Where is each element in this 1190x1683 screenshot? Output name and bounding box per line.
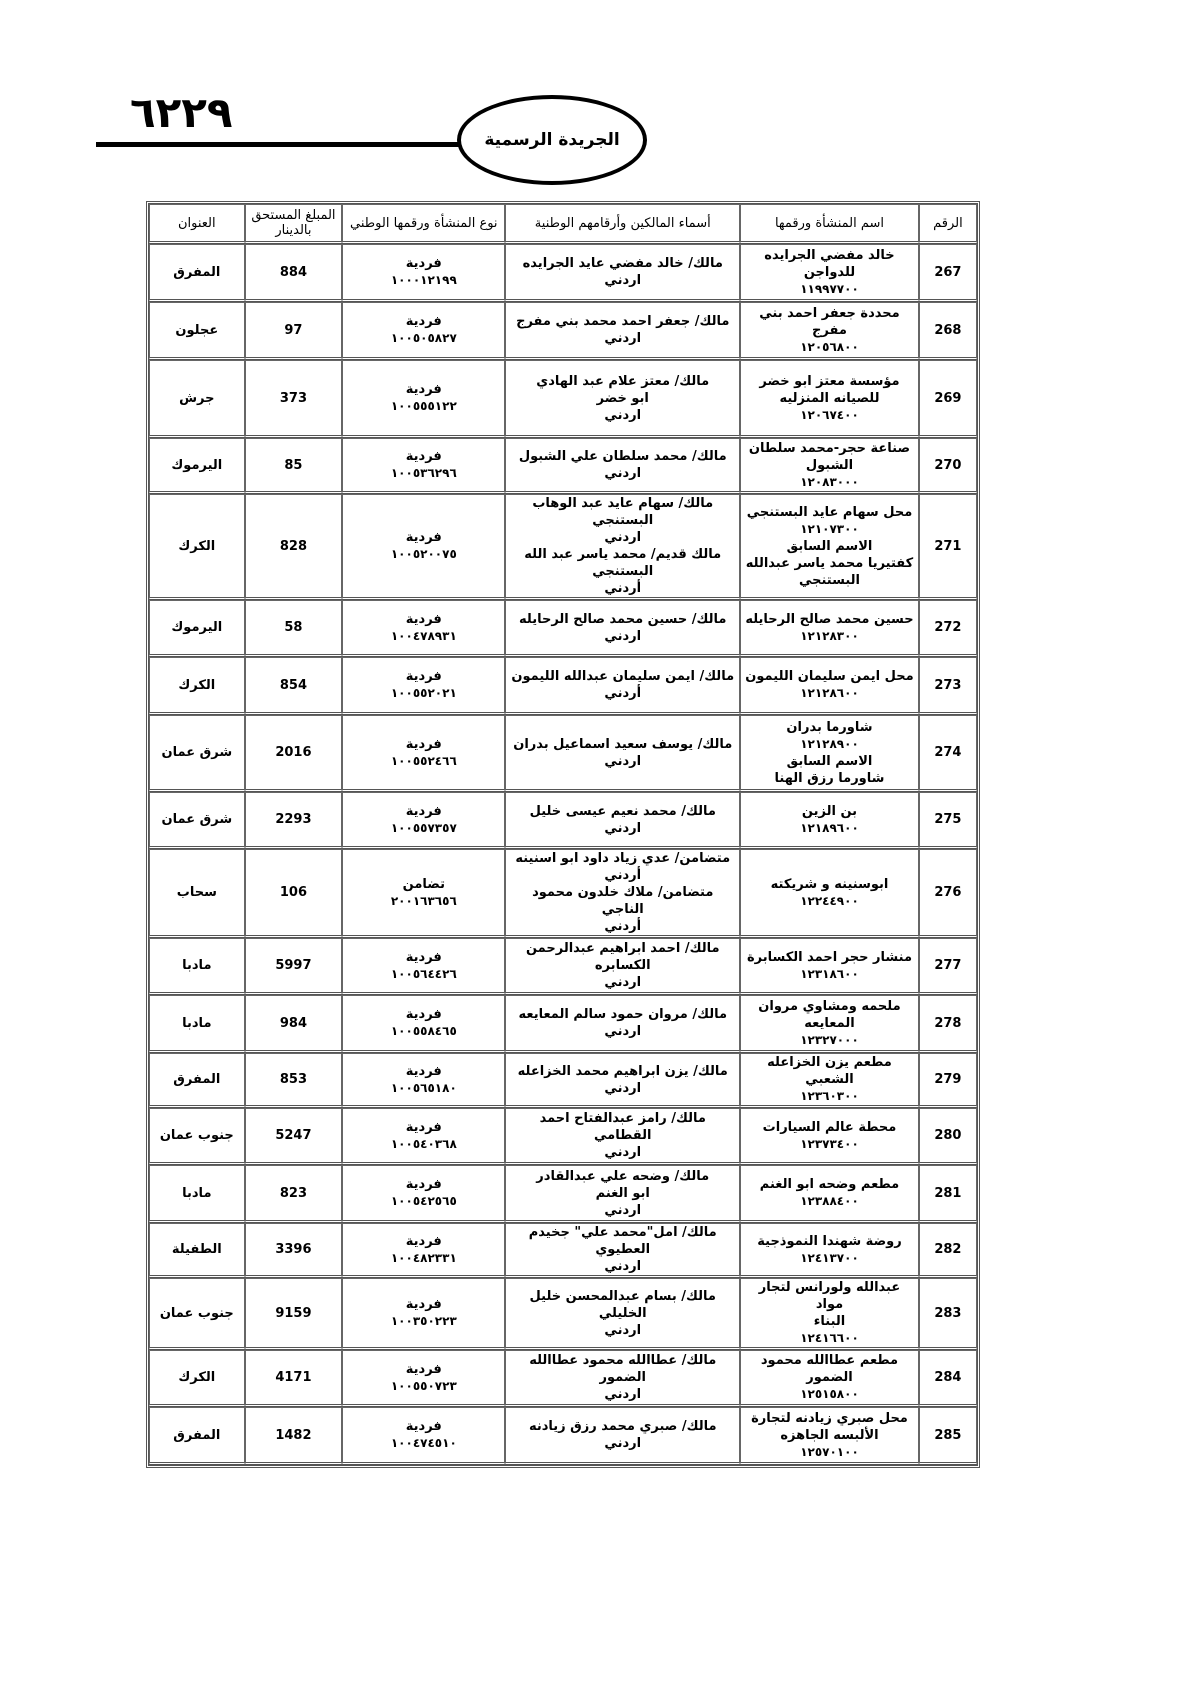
address-cell: شرق عمان [149, 715, 245, 792]
type-cell: فردية١٠٠٣٥٠٢٢٣ [342, 1278, 505, 1350]
establishment-cell-line: ١٢٤١٦٦٠٠ [745, 1330, 914, 1347]
type-cell-line: فردية [347, 255, 500, 272]
row-number: 283 [919, 1278, 977, 1350]
establishment-cell-line: عبدالله ولورانس لتجار مواد [745, 1279, 914, 1313]
establishment-cell-line: شاورما بدران [745, 719, 914, 736]
amount-cell: 853 [245, 1053, 343, 1108]
type-cell: فردية١٠٠٥٥٢٤٦٦ [342, 715, 505, 792]
type-cell: فردية١٠٠٥٥٨٤٦٥ [342, 995, 505, 1053]
owners-cell-line: مالك/ رامز عبدالفتاح احمد القطامي [510, 1110, 735, 1144]
owners-cell-line: اردني [510, 407, 735, 424]
type-cell-line: فردية [347, 1119, 500, 1136]
establishment-cell-line: روضة شهندا النموذجية [745, 1233, 914, 1250]
table-row: 280محطة عالم السيارات١٢٣٧٣٤٠٠مالك/ رامز … [149, 1108, 977, 1165]
row-number: 271 [919, 494, 977, 600]
type-cell-line: فردية [347, 1361, 500, 1378]
owners-cell-line: اردني [510, 465, 735, 482]
establishment-cell-line: ١٢٢٤٤٩٠٠ [745, 893, 914, 910]
address-cell: مادبا [149, 1165, 245, 1223]
establishment-cell-line: مطعم عطاالله محمود الضمور [745, 1352, 914, 1386]
type-cell-line: ٢٠٠١٦٣٦٥٦ [347, 893, 500, 910]
owners-cell-line: اردني [510, 820, 735, 837]
type-cell-line: تضامن [347, 876, 500, 893]
address-cell: جنوب عمان [149, 1278, 245, 1350]
establishment-cell-line: ١٢١٢٨٦٠٠ [745, 685, 914, 702]
table-row: 283عبدالله ولورانس لتجار موادالبناء١٢٤١٦… [149, 1278, 977, 1350]
establishment-cell-line: الشبول [745, 457, 914, 474]
row-number: 272 [919, 600, 977, 657]
row-number: 270 [919, 438, 977, 494]
address-cell: الكرك [149, 494, 245, 600]
type-cell: فردية١٠٠٥٥٥١٢٢ [342, 360, 505, 438]
table-row: 276ابوسنينه و شريكته١٢٢٤٤٩٠٠متضامن/ عدي … [149, 849, 977, 938]
establishment-cell-line: ١٢٣١٨٦٠٠ [745, 966, 914, 983]
owners-cell: مالك/ حسين محمد صالح الرحايلهاردني [505, 600, 740, 657]
establishment-cell-line: ١٢٠٥٦٨٠٠ [745, 339, 914, 356]
type-cell-line: فردية [347, 529, 500, 546]
establishment-cell-line: ١١٩٩٧٧٠٠ [745, 281, 914, 298]
owners-cell-line: متضامن/ عدي زياد داود ابو اسنينه [510, 850, 735, 867]
address-cell: شرق عمان [149, 792, 245, 849]
table-row: 273محل ايمن سليمان الليمون١٢١٢٨٦٠٠مالك/ … [149, 657, 977, 715]
type-cell-line: فردية [347, 313, 500, 330]
amount-cell: 58 [245, 600, 343, 657]
establishment-cell: ابوسنينه و شريكته١٢٢٤٤٩٠٠ [740, 849, 919, 938]
establishment-cell: ملحمه ومشاوي مروانالمعايعه١٢٣٢٧٠٠٠ [740, 995, 919, 1053]
table-row: 284مطعم عطاالله محمود الضمور١٢٥١٥٨٠٠مالك… [149, 1350, 977, 1407]
owners-cell-line: اردني [510, 1144, 735, 1161]
owners-cell-line: اردني [510, 1080, 735, 1097]
establishment-cell-line: ١٢١٢٨٣٠٠ [745, 628, 914, 645]
establishment-cell-line: حسين محمد صالح الرحايله [745, 611, 914, 628]
establishment-cell: محطة عالم السيارات١٢٣٧٣٤٠٠ [740, 1108, 919, 1165]
establishment-cell-line: للصيانه المنزليه [745, 390, 914, 407]
row-number: 267 [919, 244, 977, 302]
establishment-cell-line: ١٢٣٧٣٤٠٠ [745, 1136, 914, 1153]
owners-cell: مالك/ ايمن سليمان عبدالله الليمونأردني [505, 657, 740, 715]
owners-cell: مالك/ رامز عبدالفتاح احمد القطامياردني [505, 1108, 740, 1165]
type-cell-line: فردية [347, 736, 500, 753]
establishment-cell: مطعم وضحه ابو الغنم١٢٣٨٨٤٠٠ [740, 1165, 919, 1223]
amount-cell: 97 [245, 302, 343, 360]
amount-cell: 884 [245, 244, 343, 302]
establishment-cell-line: محطة عالم السيارات [745, 1119, 914, 1136]
amount-cell: 984 [245, 995, 343, 1053]
establishment-cell-line: بن الزين [745, 803, 914, 820]
establishment-cell-line: البستنجي [745, 572, 914, 589]
address-cell: عجلون [149, 302, 245, 360]
type-cell: فردية١٠٠٥٦٤٤٢٦ [342, 938, 505, 995]
row-number: 280 [919, 1108, 977, 1165]
address-cell: الطفيلة [149, 1223, 245, 1278]
type-cell-line: فردية [347, 1418, 500, 1435]
establishment-cell-line: ١٢٥٧٠١٠٠ [745, 1444, 914, 1461]
table-row: 270صناعة حجر-محمد سلطانالشبول١٢٠٨٣٠٠٠مال… [149, 438, 977, 494]
row-number: 276 [919, 849, 977, 938]
type-cell: فردية١٠٠٥٥٠٧٢٣ [342, 1350, 505, 1407]
table-row: 279مطعم يزن الخزاعله الشعبي١٢٣٦٠٣٠٠مالك/… [149, 1053, 977, 1108]
establishment-cell: روضة شهندا النموذجية١٢٤١٣٧٠٠ [740, 1223, 919, 1278]
owners-cell-line: مالك/ احمد ابراهيم عبدالرحمن [510, 940, 735, 957]
owners-cell: مالك/ يوسف سعيد اسماعيل بدراناردني [505, 715, 740, 792]
table-row: 281مطعم وضحه ابو الغنم١٢٣٨٨٤٠٠مالك/ وضحه… [149, 1165, 977, 1223]
amount-cell: 828 [245, 494, 343, 600]
amount-cell: 106 [245, 849, 343, 938]
establishment-cell-line: ١٢٤١٣٧٠٠ [745, 1250, 914, 1267]
amount-cell: 5247 [245, 1108, 343, 1165]
establishment-cell-line: محل صبري زيادنه لتجارة [745, 1410, 914, 1427]
type-cell-line: فردية [347, 611, 500, 628]
table-row: 285محل صبري زيادنه لتجارةالألبسه الجاهزه… [149, 1407, 977, 1465]
establishments-table: الرقم اسم المنشأة ورقمها أسماء المالكين … [146, 201, 980, 1468]
owners-cell-line: مالك قديم/ محمد ياسر عبد الله البستنجي [510, 546, 735, 580]
owners-cell-line: اردني [510, 529, 735, 546]
establishment-cell-line: ١٢٣٦٠٣٠٠ [745, 1088, 914, 1105]
owners-cell: مالك/ سهام عايد عبد الوهاب البستنجياردني… [505, 494, 740, 600]
owners-cell-line: اردني [510, 1023, 735, 1040]
row-number: 281 [919, 1165, 977, 1223]
owners-cell-line: مالك/ خالد مفضي عايد الجرايده [510, 255, 735, 272]
type-cell-line: ١٠٠٣٥٠٢٢٣ [347, 1313, 500, 1330]
establishment-cell-line: محل ايمن سليمان الليمون [745, 668, 914, 685]
table-row: 282روضة شهندا النموذجية١٢٤١٣٧٠٠مالك/ امل… [149, 1223, 977, 1278]
column-header-amount: المبلغ المستحق بالدينار [245, 204, 343, 244]
table-body: 267خالد مفضي الجرايده للدواجن١١٩٩٧٧٠٠مال… [149, 244, 977, 1465]
owners-cell-line: اردني [510, 1258, 735, 1275]
owners-cell-line: أردني [510, 685, 735, 702]
establishment-cell: محل صبري زيادنه لتجارةالألبسه الجاهزه١٢٥… [740, 1407, 919, 1465]
column-header-address: العنوان [149, 204, 245, 244]
owners-cell-line: متضامن/ ملاك خلدون محمود الناجي [510, 884, 735, 918]
owners-cell-line: اردني [510, 330, 735, 347]
owners-cell: مالك/ محمد سلطان علي الشبولاردني [505, 438, 740, 494]
establishment-cell: مطعم عطاالله محمود الضمور١٢٥١٥٨٠٠ [740, 1350, 919, 1407]
establishment-cell-line: صناعة حجر-محمد سلطان [745, 440, 914, 457]
masthead-title: الجريدة الرسمية [484, 130, 619, 150]
table-row: 269مؤسسة معتز ابو خضرللصيانه المنزليه١٢٠… [149, 360, 977, 438]
amount-cell: 4171 [245, 1350, 343, 1407]
masthead-oval: الجريدة الرسمية [457, 95, 647, 185]
establishment-cell-line: الاسم السابق [745, 538, 914, 555]
amount-cell: 373 [245, 360, 343, 438]
owners-cell: مالك/ عطاالله محمود عطاالله الضموراردني [505, 1350, 740, 1407]
owners-cell: مالك/ خالد مفضي عايد الجرايدهاردني [505, 244, 740, 302]
establishment-cell-line: ١٢٣٨٨٤٠٠ [745, 1193, 914, 1210]
table-row: 272حسين محمد صالح الرحايله١٢١٢٨٣٠٠مالك/ … [149, 600, 977, 657]
address-cell: سحاب [149, 849, 245, 938]
establishment-cell: مؤسسة معتز ابو خضرللصيانه المنزليه١٢٠٦٧٤… [740, 360, 919, 438]
owners-cell: مالك/ مروان حمود سالم المعايعهاردني [505, 995, 740, 1053]
establishment-cell-line: ١٢١٠٧٣٠٠ [745, 521, 914, 538]
type-cell-line: ١٠٠٥٣٦٢٩٦ [347, 465, 500, 482]
type-cell-line: ١٠٠٥٥٢٤٦٦ [347, 753, 500, 770]
type-cell: فردية١٠٠٥٥٢٠٢١ [342, 657, 505, 715]
type-cell-line: فردية [347, 1063, 500, 1080]
type-cell-line: ١٠٠٥٢٠٠٧٥ [347, 546, 500, 563]
type-cell: فردية١٠٠٥٥٧٣٥٧ [342, 792, 505, 849]
type-cell: فردية١٠٠٤٧٤٥١٠ [342, 1407, 505, 1465]
establishment-cell-line: مطعم وضحه ابو الغنم [745, 1176, 914, 1193]
owners-cell: مالك/ محمد نعيم عيسى خليلاردني [505, 792, 740, 849]
establishment-cell: منشار حجر احمد الكسابرة١٢٣١٨٦٠٠ [740, 938, 919, 995]
type-cell-line: فردية [347, 1176, 500, 1193]
establishment-cell-line: ١٢٠٨٣٠٠٠ [745, 474, 914, 491]
owners-cell: مالك/ صبري محمد رزق زيادنهاردني [505, 1407, 740, 1465]
owners-cell-line: مالك/ صبري محمد رزق زيادنه [510, 1418, 735, 1435]
establishment-cell-line: مؤسسة معتز ابو خضر [745, 373, 914, 390]
type-cell-line: فردية [347, 381, 500, 398]
type-cell: فردية١٠٠٠١٢١٩٩ [342, 244, 505, 302]
address-cell: المفرق [149, 244, 245, 302]
owners-cell-line: أردني [510, 918, 735, 935]
establishment-cell-line: ١٢٠٦٧٤٠٠ [745, 407, 914, 424]
row-number: 275 [919, 792, 977, 849]
owners-cell: مالك/ امل"محمد علي" جخيدم العطيوياردني [505, 1223, 740, 1278]
row-number: 282 [919, 1223, 977, 1278]
owners-cell-line: مالك/ بسام عبدالمحسن خليل الخليلي [510, 1288, 735, 1322]
establishment-cell: خالد مفضي الجرايده للدواجن١١٩٩٧٧٠٠ [740, 244, 919, 302]
owners-cell: مالك/ احمد ابراهيم عبدالرحمنالكسابرهاردن… [505, 938, 740, 995]
type-cell: فردية١٠٠٤٧٨٩٣١ [342, 600, 505, 657]
establishment-cell-line: ١٢٣٢٧٠٠٠ [745, 1032, 914, 1049]
establishment-cell-line: الاسم السابق [745, 753, 914, 770]
header-rule [96, 142, 516, 147]
amount-cell: 2016 [245, 715, 343, 792]
owners-cell-line: أردني [510, 580, 735, 597]
owners-cell-line: مالك/ معتز علام عبد الهادي [510, 373, 735, 390]
type-cell-line: فردية [347, 1006, 500, 1023]
address-cell: اليرموك [149, 438, 245, 494]
type-cell: فردية١٠٠٥٦٥١٨٠ [342, 1053, 505, 1108]
establishment-cell: بن الزين١٢١٨٩٦٠٠ [740, 792, 919, 849]
address-cell: جرش [149, 360, 245, 438]
owners-cell-line: مالك/ وضحه علي عبدالقادر [510, 1168, 735, 1185]
establishment-cell-line: ابوسنينه و شريكته [745, 876, 914, 893]
establishment-cell-line: شاورما رزق الهنا [745, 770, 914, 787]
address-cell: المفرق [149, 1053, 245, 1108]
establishment-cell-line: كفتيريا محمد ياسر عبدالله [745, 555, 914, 572]
address-cell: الكرك [149, 657, 245, 715]
type-cell-line: فردية [347, 1296, 500, 1313]
owners-cell: مالك/ معتز علام عبد الهاديابو خضراردني [505, 360, 740, 438]
type-cell-line: ١٠٠٥٥٧٣٥٧ [347, 820, 500, 837]
owners-cell-line: ابو خضر [510, 390, 735, 407]
owners-cell: مالك/ يزن ابراهيم محمد الخزاعلهاردني [505, 1053, 740, 1108]
table-row: 271محل سهام عايد البستنجي١٢١٠٧٣٠٠الاسم ا… [149, 494, 977, 600]
owners-cell-line: مالك/ ايمن سليمان عبدالله الليمون [510, 668, 735, 685]
type-cell-line: ١٠٠٥٥٢٠٢١ [347, 685, 500, 702]
owners-cell-line: مالك/ يوسف سعيد اسماعيل بدران [510, 736, 735, 753]
type-cell-line: فردية [347, 803, 500, 820]
establishment-cell-line: ١٢١٢٨٩٠٠ [745, 736, 914, 753]
establishment-cell: محل سهام عايد البستنجي١٢١٠٧٣٠٠الاسم السا… [740, 494, 919, 600]
owners-cell-line: اردني [510, 1386, 735, 1403]
owners-cell: مالك/ جعفر احمد محمد بني مفرجاردني [505, 302, 740, 360]
owners-cell-line: اردني [510, 1202, 735, 1219]
type-cell-line: ١٠٠٥٦٤٤٢٦ [347, 966, 500, 983]
establishment-cell-line: منشار حجر احمد الكسابرة [745, 949, 914, 966]
amount-cell: 854 [245, 657, 343, 715]
page-number: ٦٢٢٩ [130, 88, 233, 137]
owners-cell-line: مالك/ امل"محمد علي" جخيدم العطيوي [510, 1224, 735, 1258]
owners-cell-line: اردني [510, 628, 735, 645]
owners-cell-line: ابو الغنم [510, 1185, 735, 1202]
establishment-cell: عبدالله ولورانس لتجار موادالبناء١٢٤١٦٦٠٠ [740, 1278, 919, 1350]
row-number: 279 [919, 1053, 977, 1108]
row-number: 268 [919, 302, 977, 360]
type-cell-line: فردية [347, 1233, 500, 1250]
owners-cell-line: مالك/ مروان حمود سالم المعايعه [510, 1006, 735, 1023]
establishment-cell-line: المعايعه [745, 1015, 914, 1032]
owners-cell: مالك/ بسام عبدالمحسن خليل الخليلياردني [505, 1278, 740, 1350]
type-cell-line: ١٠٠٥٤٠٣٦٨ [347, 1136, 500, 1153]
type-cell: فردية١٠٠٥٠٥٨٢٧ [342, 302, 505, 360]
establishment-cell: شاورما بدران١٢١٢٨٩٠٠الاسم السابقشاورما ر… [740, 715, 919, 792]
table-header-row: الرقم اسم المنشأة ورقمها أسماء المالكين … [149, 204, 977, 244]
row-number: 285 [919, 1407, 977, 1465]
establishment-cell-line: خالد مفضي الجرايده للدواجن [745, 247, 914, 281]
row-number: 274 [919, 715, 977, 792]
table-row: 274شاورما بدران١٢١٢٨٩٠٠الاسم السابقشاورم… [149, 715, 977, 792]
type-cell: فردية١٠٠٥٣٦٢٩٦ [342, 438, 505, 494]
table-row: 267خالد مفضي الجرايده للدواجن١١٩٩٧٧٠٠مال… [149, 244, 977, 302]
owners-cell-line: اردني [510, 272, 735, 289]
establishment-cell-line: محل سهام عايد البستنجي [745, 504, 914, 521]
type-cell-line: ١٠٠٥٦٥١٨٠ [347, 1080, 500, 1097]
owners-cell-line: مالك/ محمد سلطان علي الشبول [510, 448, 735, 465]
owners-cell-line: أردني [510, 867, 735, 884]
column-header-owners: أسماء المالكين وأرقامهم الوطنية [505, 204, 740, 244]
address-cell: المفرق [149, 1407, 245, 1465]
type-cell-line: ١٠٠٤٧٨٩٣١ [347, 628, 500, 645]
establishment-cell-line: ١٢١٨٩٦٠٠ [745, 820, 914, 837]
amount-cell: 5997 [245, 938, 343, 995]
amount-cell: 1482 [245, 1407, 343, 1465]
establishment-cell-line: ١٢٥١٥٨٠٠ [745, 1386, 914, 1403]
type-cell: تضامن٢٠٠١٦٣٦٥٦ [342, 849, 505, 938]
address-cell: الكرك [149, 1350, 245, 1407]
address-cell: مادبا [149, 995, 245, 1053]
amount-cell: 2293 [245, 792, 343, 849]
column-header-type: نوع المنشأة ورقمها الوطني [342, 204, 505, 244]
type-cell-line: ١٠٠٥٥٠٧٢٣ [347, 1378, 500, 1395]
establishment-cell-line: الألبسه الجاهزه [745, 1427, 914, 1444]
type-cell: فردية١٠٠٥٤٠٣٦٨ [342, 1108, 505, 1165]
establishment-cell-line: محددة جعفر احمد بني مفرج [745, 305, 914, 339]
establishment-cell: محل ايمن سليمان الليمون١٢١٢٨٦٠٠ [740, 657, 919, 715]
address-cell: مادبا [149, 938, 245, 995]
table-row: 278ملحمه ومشاوي مروانالمعايعه١٢٣٢٧٠٠٠مال… [149, 995, 977, 1053]
amount-cell: 85 [245, 438, 343, 494]
amount-cell: 823 [245, 1165, 343, 1223]
owners-cell-line: مالك/ محمد نعيم عيسى خليل [510, 803, 735, 820]
establishment-cell: صناعة حجر-محمد سلطانالشبول١٢٠٨٣٠٠٠ [740, 438, 919, 494]
owners-cell-line: مالك/ يزن ابراهيم محمد الخزاعله [510, 1063, 735, 1080]
table-row: 268محددة جعفر احمد بني مفرج١٢٠٥٦٨٠٠مالك/… [149, 302, 977, 360]
owners-cell: متضامن/ عدي زياد داود ابو اسنينهأردنيمتض… [505, 849, 740, 938]
owners-cell-line: مالك/ سهام عايد عبد الوهاب البستنجي [510, 495, 735, 529]
amount-cell: 3396 [245, 1223, 343, 1278]
type-cell-line: ١٠٠٥٠٥٨٢٧ [347, 330, 500, 347]
row-number: 277 [919, 938, 977, 995]
owners-cell-line: اردني [510, 974, 735, 991]
establishment-cell-line: مطعم يزن الخزاعله الشعبي [745, 1054, 914, 1088]
owners-cell-line: مالك/ جعفر احمد محمد بني مفرج [510, 313, 735, 330]
type-cell-line: فردية [347, 668, 500, 685]
table-row: 275بن الزين١٢١٨٩٦٠٠مالك/ محمد نعيم عيسى … [149, 792, 977, 849]
row-number: 278 [919, 995, 977, 1053]
row-number: 284 [919, 1350, 977, 1407]
address-cell: اليرموك [149, 600, 245, 657]
row-number: 273 [919, 657, 977, 715]
type-cell-line: فردية [347, 949, 500, 966]
type-cell-line: ١٠٠٥٥٨٤٦٥ [347, 1023, 500, 1040]
column-header-number: الرقم [919, 204, 977, 244]
row-number: 269 [919, 360, 977, 438]
establishment-cell: محددة جعفر احمد بني مفرج١٢٠٥٦٨٠٠ [740, 302, 919, 360]
owners-cell: مالك/ وضحه علي عبدالقادرابو الغنماردني [505, 1165, 740, 1223]
owners-cell-line: اردني [510, 1322, 735, 1339]
type-cell-line: ١٠٠٥٥٥١٢٢ [347, 398, 500, 415]
owners-cell-line: اردني [510, 1435, 735, 1452]
address-cell: جنوب عمان [149, 1108, 245, 1165]
type-cell-line: ١٠٠٥٤٢٥٦٥ [347, 1193, 500, 1210]
establishment-cell-line: البناء [745, 1313, 914, 1330]
amount-cell: 9159 [245, 1278, 343, 1350]
type-cell-line: ١٠٠٤٨٢٣٣١ [347, 1250, 500, 1267]
owners-cell-line: الكسابره [510, 957, 735, 974]
owners-cell-line: مالك/ عطاالله محمود عطاالله الضمور [510, 1352, 735, 1386]
type-cell-line: ١٠٠٤٧٤٥١٠ [347, 1435, 500, 1452]
owners-cell-line: مالك/ حسين محمد صالح الرحايله [510, 611, 735, 628]
type-cell: فردية١٠٠٤٨٢٣٣١ [342, 1223, 505, 1278]
establishment-cell: حسين محمد صالح الرحايله١٢١٢٨٣٠٠ [740, 600, 919, 657]
column-header-establishment: اسم المنشأة ورقمها [740, 204, 919, 244]
establishment-cell-line: ملحمه ومشاوي مروان [745, 998, 914, 1015]
owners-cell-line: اردني [510, 753, 735, 770]
table-row: 277منشار حجر احمد الكسابرة١٢٣١٨٦٠٠مالك/ … [149, 938, 977, 995]
establishment-cell: مطعم يزن الخزاعله الشعبي١٢٣٦٠٣٠٠ [740, 1053, 919, 1108]
type-cell: فردية١٠٠٥٤٢٥٦٥ [342, 1165, 505, 1223]
type-cell: فردية١٠٠٥٢٠٠٧٥ [342, 494, 505, 600]
type-cell-line: فردية [347, 448, 500, 465]
type-cell-line: ١٠٠٠١٢١٩٩ [347, 272, 500, 289]
